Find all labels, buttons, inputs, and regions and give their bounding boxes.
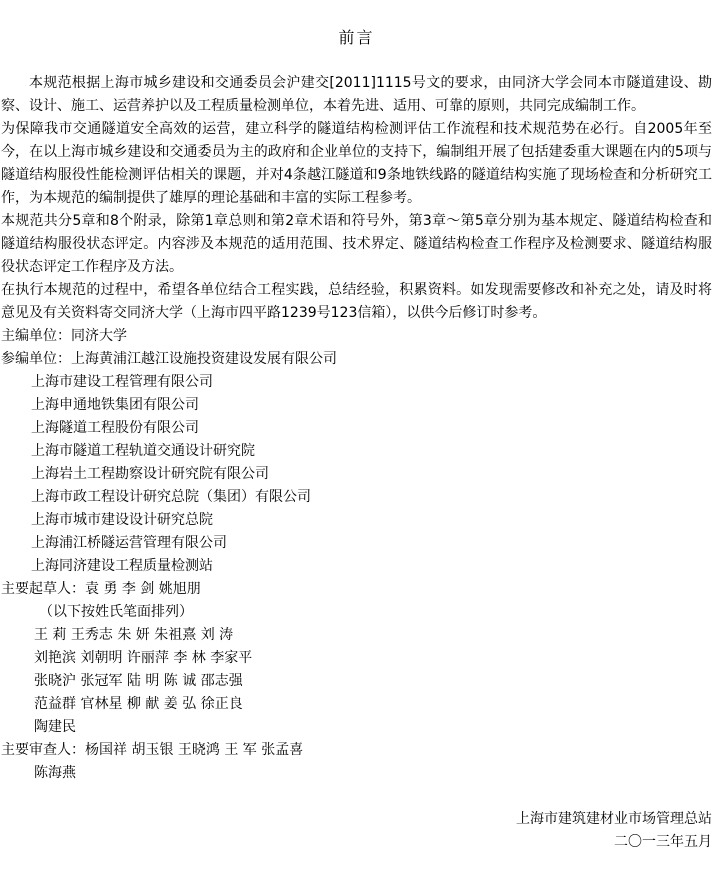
co-editor-first: 上海黄浦江越江设施投资建设发展有限公司	[71, 351, 337, 367]
drafters-row: 范益群 官林星 柳 献 姜 弘 徐正良	[1, 693, 712, 716]
chief-editor-line: 主编单位：同济大学	[1, 325, 712, 348]
co-editor-item: 上海岩土工程勘察设计研究院有限公司	[1, 463, 712, 486]
reviewers-row: 陈海燕	[1, 762, 712, 785]
chief-editor-value: 同济大学	[71, 328, 127, 344]
drafters-row: 张晓沪 张冠军 陆 明 陈 诚 邵志强	[1, 670, 712, 693]
drafters-row: 王 莉 王秀志 朱 妍 朱祖熹 刘 涛	[1, 624, 712, 647]
co-editor-item: 上海申通地铁集团有限公司	[1, 394, 712, 417]
document-page: { "colors": { "text": "#000000", "backgr…	[0, 0, 720, 880]
drafters-label: 主要起草人：	[1, 581, 85, 597]
paragraph-4: 在执行本规范的过程中，希望各单位结合工程实践，总结经验，积累资料。如发现需要修改…	[1, 279, 712, 325]
co-editor-item: 上海市隧道工程轨道交通设计研究院	[1, 440, 712, 463]
co-editor-item: 上海市建设工程管理有限公司	[1, 371, 712, 394]
co-editor-label: 参编单位：	[1, 351, 71, 367]
co-editor-item: 上海市政工程设计研究总院（集团）有限公司	[1, 486, 712, 509]
blank-line	[1, 785, 712, 808]
co-editor-item: 上海隧道工程股份有限公司	[1, 417, 712, 440]
drafters-line: 主要起草人：袁 勇 李 剑 姚旭朋	[1, 578, 712, 601]
paragraph-1: 本规范根据上海市城乡建设和交通委员会沪建交[2011]1115号文的要求，由同济…	[1, 72, 712, 118]
chief-editor-label: 主编单位：	[1, 328, 71, 344]
co-editor-line: 参编单位：上海黄浦江越江设施投资建设发展有限公司	[1, 348, 712, 371]
paragraph-3: 本规范共分5章和8个附录，除第1章总则和第2章术语和符号外，第3章～第5章分别为…	[1, 210, 712, 279]
drafters-first-line: 袁 勇 李 剑 姚旭朋	[85, 581, 201, 597]
reviewers-label: 主要审查人：	[1, 742, 85, 758]
page-title: 前言	[1, 26, 712, 49]
reviewers-line: 主要审查人：杨国祥 胡玉银 王晓鸿 王 军 张孟喜	[1, 739, 712, 762]
drafters-sort-note: （以下按姓氏笔面排列）	[1, 601, 712, 624]
co-editor-item: 上海市城市建设设计研究总院	[1, 509, 712, 532]
footer-organization: 上海市建筑建材业市场管理总站	[1, 808, 712, 831]
co-editor-item: 上海同济建设工程质量检测站	[1, 555, 712, 578]
reviewers-first-line: 杨国祥 胡玉银 王晓鸿 王 军 张孟喜	[85, 742, 303, 758]
footer-date: 二〇一三年五月	[1, 831, 712, 854]
preface-page: 前言 本规范根据上海市城乡建设和交通委员会沪建交[2011]1115号文的要求，…	[0, 0, 720, 880]
drafters-row: 陶建民	[1, 716, 712, 739]
paragraph-2: 为保障我市交通隧道安全高效的运营，建立科学的隧道结构检测评估工作流程和技术规范势…	[1, 118, 712, 210]
drafters-row: 刘艳滨 刘朝明 许丽萍 李 林 李家平	[1, 647, 712, 670]
co-editor-item: 上海浦江桥隧运营管理有限公司	[1, 532, 712, 555]
